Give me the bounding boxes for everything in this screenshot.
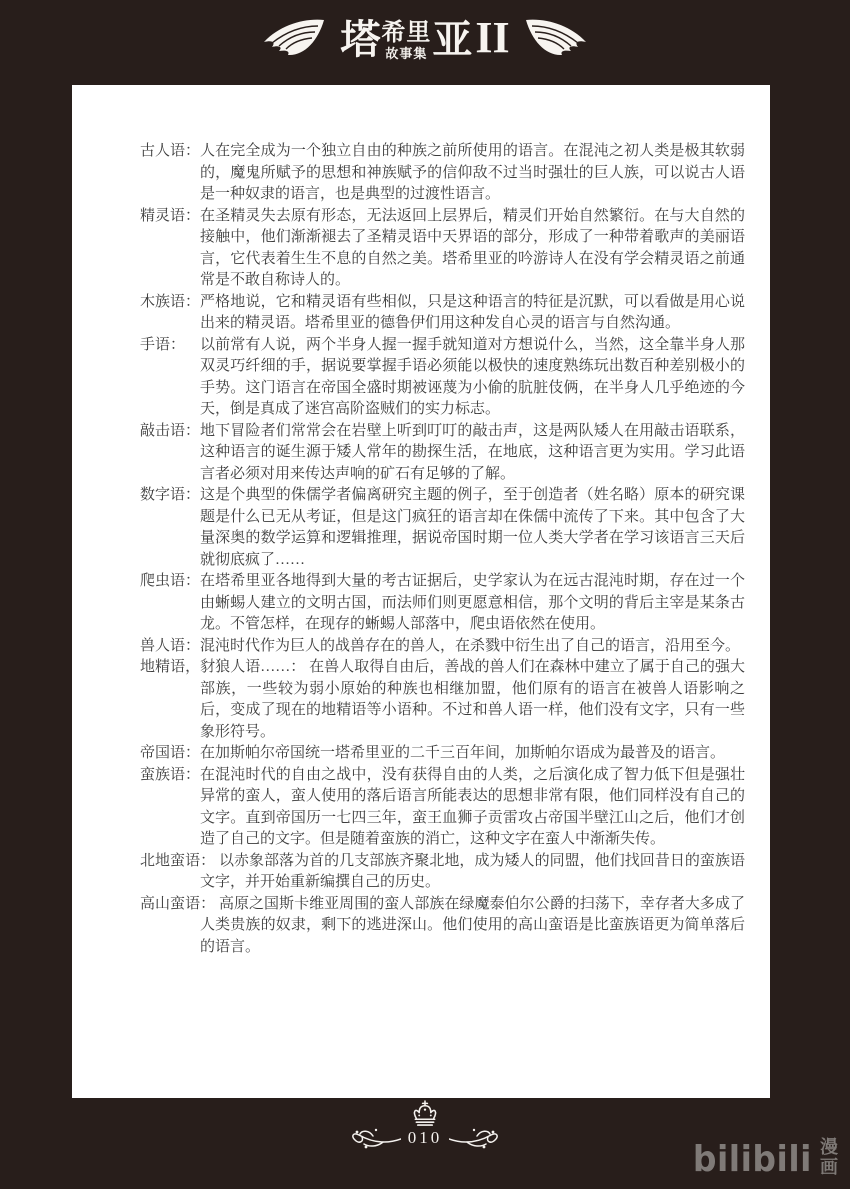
- page-number: 010: [408, 1129, 443, 1146]
- glossary-term: 敲击语：: [140, 421, 200, 486]
- wing-right-icon: [524, 18, 588, 58]
- glossary-definition: 以赤象部落为首的几支部族齐聚北地，成为矮人的同盟，他们找回昔日的蛮族语文字，并开…: [200, 853, 745, 891]
- glossary-definition: 地下冒险者们常常会在岩壁上听到叮叮的敲击声，这是两队矮人在用敲击语联系，这种语言…: [200, 421, 745, 486]
- flourish-right-icon: [449, 1124, 501, 1150]
- manga-text-page: { "colors": { "background": "#281e1b", "…: [0, 0, 850, 1189]
- glossary-entry: 帝国语： 在加斯帕尔帝国统一塔希里亚的二千三百年间，加斯帕尔语成为最普及的语言。: [140, 743, 745, 765]
- language-glossary: 古人语： 人在完全成为一个独立自由的种族之前所使用的语言。在混沌之初人类是极其软…: [140, 141, 745, 958]
- glossary-definition: 在混沌时代的自由之战中，没有获得自由的人类，之后演化成了智力低下但是强壮异常的蛮…: [200, 765, 745, 851]
- logo-subtitle: 故事集: [385, 47, 427, 60]
- logo-numeral: II: [475, 16, 509, 60]
- glossary-entry: 数字语： 这是个典型的侏儒学者偏离研究主题的例子，至于创造者（姓名略）原本的研究…: [140, 485, 745, 571]
- glossary-definition: 混沌时代作为巨人的战兽存在的兽人，在杀戮中衍生出了自己的语言，沿用至今。: [200, 636, 745, 658]
- glossary-definition: 人在完全成为一个独立自由的种族之前所使用的语言。在混沌之初人类是极其软弱的，魔鬼…: [200, 141, 745, 206]
- glossary-entry: 蛮族语： 在混沌时代的自由之战中，没有获得自由的人类，之后演化成了智力低下但是强…: [140, 765, 745, 851]
- glossary-definition: 以前常有人说，两个半身人握一握手就知道对方想说什么，当然，这全靠半身人那双灵巧纤…: [200, 335, 745, 421]
- glossary-term: 高山蛮语：: [140, 896, 215, 912]
- logo-middle-block: 希里 故事集: [381, 21, 431, 60]
- glossary-definition: 在圣精灵失去原有形态，无法返回上层界后，精灵们开始自然繁衍。在与大自然的接触中，…: [200, 206, 745, 292]
- glossary-definition: 高原之国斯卡维亚周围的蛮人部族在绿魔泰伯尔公爵的扫荡下，幸存者大多成了人类贵族的…: [200, 896, 745, 955]
- document-page: 古人语： 人在完全成为一个独立自由的种族之前所使用的语言。在混沌之初人类是极其软…: [72, 85, 770, 1098]
- glossary-entry: 兽人语： 混沌时代作为巨人的战兽存在的兽人，在杀戮中衍生出了自己的语言，沿用至今…: [140, 636, 745, 658]
- glossary-term: 数字语：: [140, 485, 200, 571]
- glossary-term: 木族语：: [140, 292, 200, 335]
- glossary-definition: 在塔希里亚各地得到大量的考古证据后，史学家认为在远古混沌时期，存在过一个由蜥蜴人…: [200, 571, 745, 636]
- flourish-left-icon: [349, 1124, 401, 1150]
- logo-char-lead: 塔: [340, 20, 380, 60]
- glossary-entry: 木族语： 严格地说，它和精灵语有些相似，只是这种语言的特征是沉默，可以看做是用心…: [140, 292, 745, 335]
- glossary-entry: 北地蛮语： 以赤象部落为首的几支部族齐聚北地，成为矮人的同盟，他们找回昔日的蛮族…: [140, 851, 745, 894]
- glossary-definition: 在加斯帕尔帝国统一塔希里亚的二千三百年间，加斯帕尔语成为最普及的语言。: [200, 743, 745, 765]
- glossary-term: 蛮族语：: [140, 765, 200, 851]
- glossary-term: 爬虫语：: [140, 571, 200, 636]
- bilibili-logo: bilibili 漫 画: [693, 1138, 838, 1179]
- glossary-term: 精灵语：: [140, 206, 200, 292]
- glossary-entry: 敲击语： 地下冒险者们常常会在岩壁上听到叮叮的敲击声，这是两队矮人在用敲击语联系…: [140, 421, 745, 486]
- wing-left-icon: [262, 18, 326, 58]
- series-logo: 塔 希里 故事集 亚 II: [0, 16, 850, 60]
- glossary-entry: 古人语： 人在完全成为一个独立自由的种族之前所使用的语言。在混沌之初人类是极其软…: [140, 141, 745, 206]
- glossary-entry: 地精语，豺狼人语……： 在兽人取得自由后，善战的兽人们在森林中建立了属于自己的强…: [140, 657, 745, 743]
- logo-chars-top: 希里: [381, 21, 431, 45]
- footer-flourish-row: 010: [349, 1124, 502, 1150]
- glossary-definition: 这是个典型的侏儒学者偏离研究主题的例子，至于创造者（姓名略）原本的研究课题是什么…: [200, 485, 745, 571]
- manhua-char-top: 漫: [820, 1138, 838, 1159]
- manhua-label: 漫 画: [820, 1138, 838, 1179]
- glossary-term: 北地蛮语：: [140, 853, 215, 869]
- glossary-term: 兽人语：: [140, 636, 200, 658]
- glossary-term: 古人语：: [140, 141, 200, 206]
- glossary-entry: 精灵语： 在圣精灵失去原有形态，无法返回上层界后，精灵们开始自然繁衍。在与大自然…: [140, 206, 745, 292]
- glossary-entry: 手语： 以前常有人说，两个半身人握一握手就知道对方想说什么，当然，这全靠半身人那…: [140, 335, 745, 421]
- glossary-term: 地精语，豺狼人语……：: [140, 659, 305, 675]
- logo-char-tail: 亚: [432, 20, 472, 60]
- glossary-term: 手语：: [140, 335, 200, 421]
- glossary-entry: 爬虫语： 在塔希里亚各地得到大量的考古证据后，史学家认为在远古混沌时期，存在过一…: [140, 571, 745, 636]
- bilibili-wordmark: bilibili: [693, 1137, 812, 1179]
- series-logo-text: 塔 希里 故事集 亚 II: [340, 16, 509, 60]
- manhua-char-bottom: 画: [820, 1158, 838, 1179]
- glossary-entry: 高山蛮语： 高原之国斯卡维亚周围的蛮人部族在绿魔泰伯尔公爵的扫荡下，幸存者大多成…: [140, 894, 745, 959]
- glossary-term: 帝国语：: [140, 743, 200, 765]
- glossary-definition: 严格地说，它和精灵语有些相似，只是这种语言的特征是沉默，可以看做是用心说出来的精…: [200, 292, 745, 335]
- crown-ornament-icon: [408, 1100, 442, 1127]
